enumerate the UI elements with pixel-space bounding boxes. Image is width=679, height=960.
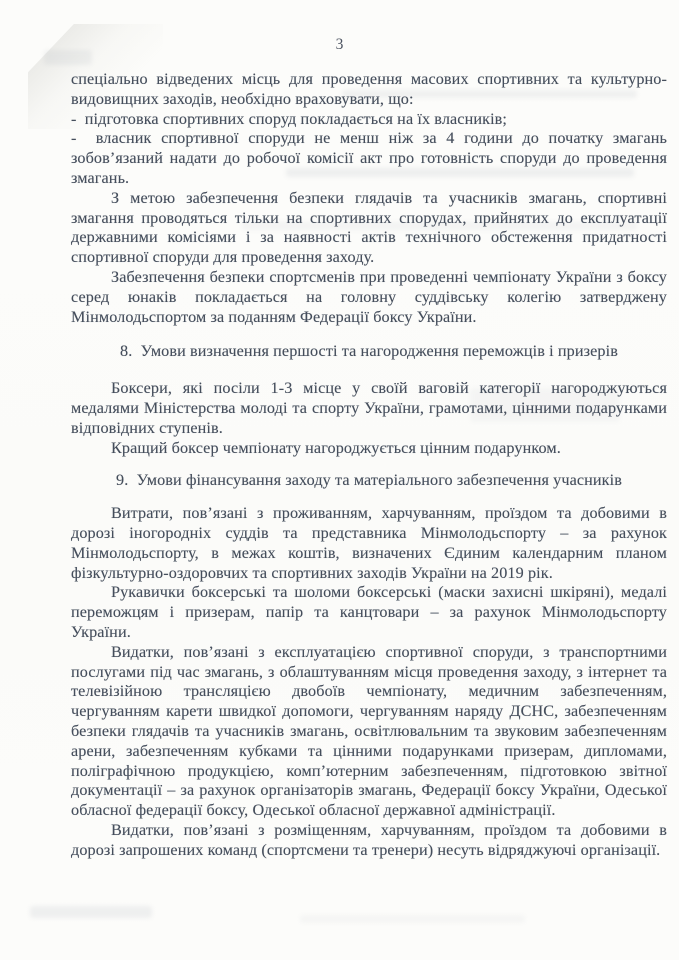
paragraph-athlete-safety: Забезпечення безпеки спортсменів при про…	[71, 268, 667, 327]
paragraph-awards: Боксери, які посіли 1-3 місце у своїй ва…	[71, 379, 667, 438]
scanned-document-page: 3 спеціально відведених місць для провед…	[0, 0, 679, 960]
paragraph-equipment: Рукавички боксерські та шоломи боксерськ…	[71, 583, 667, 642]
list-item-readiness-act: - власник спортивної споруди не менш ніж…	[71, 129, 667, 188]
paragraph-venue-expenses: Видатки, пов’язані з експлуатацією спорт…	[71, 643, 667, 821]
paragraph-continuation: спеціально відведених місць для проведен…	[71, 70, 667, 110]
scan-artifact	[300, 915, 525, 923]
document-body: спеціально відведених місць для проведен…	[71, 70, 667, 860]
paragraph-travel-expenses: Витрати, пов’язані з проживанням, харчув…	[71, 504, 667, 583]
heading-section-8: 8. Умови визначення першості та нагородж…	[71, 342, 667, 362]
list-item-venue-owners: - підготовка спортивних споруд покладаєт…	[71, 110, 667, 130]
page-number: 3	[0, 36, 679, 54]
heading-section-9: 9. Умови фінансування заходу та матеріал…	[71, 471, 667, 491]
paragraph-team-expenses: Видатки, пов’язані з розміщенням, харчув…	[71, 821, 667, 861]
paragraph-best-boxer: Кращий боксер чемпіонату нагороджується …	[71, 439, 667, 459]
scan-artifact	[30, 906, 152, 918]
paragraph-spectator-safety: З метою забезпечення безпеки глядачів та…	[71, 189, 667, 268]
